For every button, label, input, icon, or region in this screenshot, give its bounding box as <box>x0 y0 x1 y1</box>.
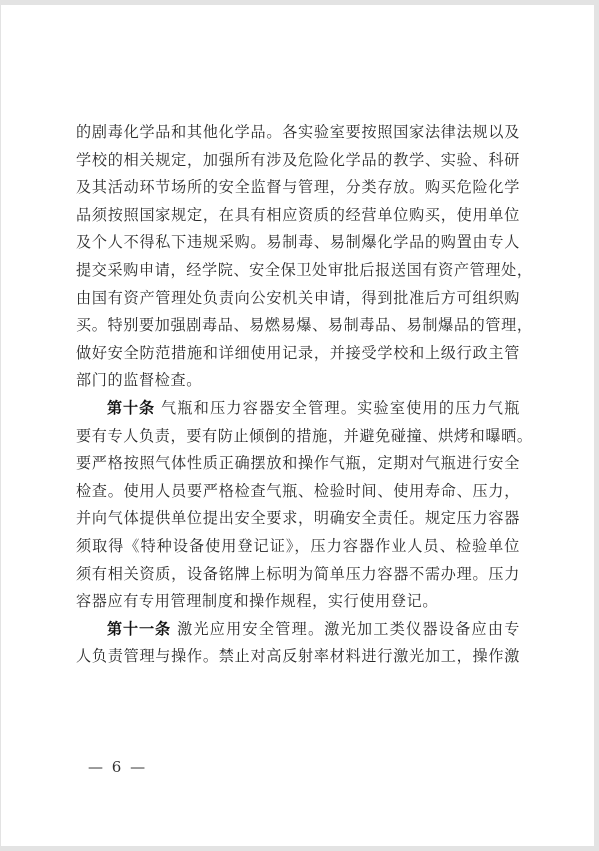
document-body: 的剧毒化学品和其他化学品。各实验室要按照国家法律法规以及 学校的相关规定，加强所… <box>76 119 520 671</box>
text-line: 及个人不得私下违规采购。易制毒、易制爆化学品的购置由专人 <box>76 229 520 257</box>
text-line: 要有专人负责，要有防止倾倒的措施，并避免碰撞、烘烤和曝晒。 <box>76 423 520 451</box>
text-line: 做好安全防范措施和详细使用记录，并接受学校和上级行政主管 <box>76 340 520 368</box>
text-line: 学校的相关规定，加强所有涉及危险化学品的教学、实验、科研 <box>76 147 520 175</box>
text-line: 人负责管理与操作。禁止对高反射率材料进行激光加工，操作激 <box>76 643 520 671</box>
page-number: — 6 — <box>88 758 147 776</box>
article-10: 第十条 气瓶和压力容器安全管理。实验室使用的压力气瓶 要有专人负责，要有防止倾倒… <box>76 395 520 616</box>
article-heading: 第十一条 <box>107 620 171 638</box>
text-line: 及其活动环节场所的安全监督与管理，分类存放。购买危险化学 <box>76 174 520 202</box>
article-first-line: 第十一条 激光应用安全管理。激光加工类仪器设备应由专 <box>76 616 520 644</box>
article-11: 第十一条 激光应用安全管理。激光加工类仪器设备应由专 人负责管理与操作。禁止对高… <box>76 616 520 671</box>
text-line: 检查。使用人员要严格检查气瓶、检验时间、使用寿命、压力， <box>76 478 520 506</box>
document-page: 的剧毒化学品和其他化学品。各实验室要按照国家法律法规以及 学校的相关规定，加强所… <box>1 5 594 846</box>
article-first-line: 第十条 气瓶和压力容器安全管理。实验室使用的压力气瓶 <box>76 395 520 423</box>
text-line: 的剧毒化学品和其他化学品。各实验室要按照国家法律法规以及 <box>76 119 520 147</box>
article-heading: 第十条 <box>107 399 155 417</box>
text-line: 买。特别要加强剧毒品、易燃易爆、易制毒品、易制爆品的管理， <box>76 312 520 340</box>
text-line: 须有相关资质，设备铭牌上标明为简单压力容器不需办理。压力 <box>76 561 520 589</box>
article-title-text: 激光应用安全管理。激光加工类仪器设备应由专 <box>177 620 520 638</box>
text-line: 须取得《特种设备使用登记证》，压力容器作业人员、检验单位 <box>76 533 520 561</box>
paragraph-continuation: 的剧毒化学品和其他化学品。各实验室要按照国家法律法规以及 学校的相关规定，加强所… <box>76 119 520 395</box>
text-line: 提交采购申请，经学院、安全保卫处审批后报送国有资产管理处， <box>76 257 520 285</box>
text-line: 由国有资产管理处负责向公安机关申请，得到批准后方可组织购 <box>76 285 520 313</box>
text-line: 部门的监督检查。 <box>76 367 520 395</box>
text-line: 容器应有专用管理制度和操作规程，实行使用登记。 <box>76 588 520 616</box>
text-line: 并向气体提供单位提出安全要求，明确安全责任。规定压力容器 <box>76 505 520 533</box>
article-title-text: 气瓶和压力容器安全管理。实验室使用的压力气瓶 <box>161 399 520 417</box>
text-line: 品须按照国家规定，在具有相应资质的经营单位购买，使用单位 <box>76 202 520 230</box>
text-line: 要严格按照气体性质正确摆放和操作气瓶，定期对气瓶进行安全 <box>76 450 520 478</box>
